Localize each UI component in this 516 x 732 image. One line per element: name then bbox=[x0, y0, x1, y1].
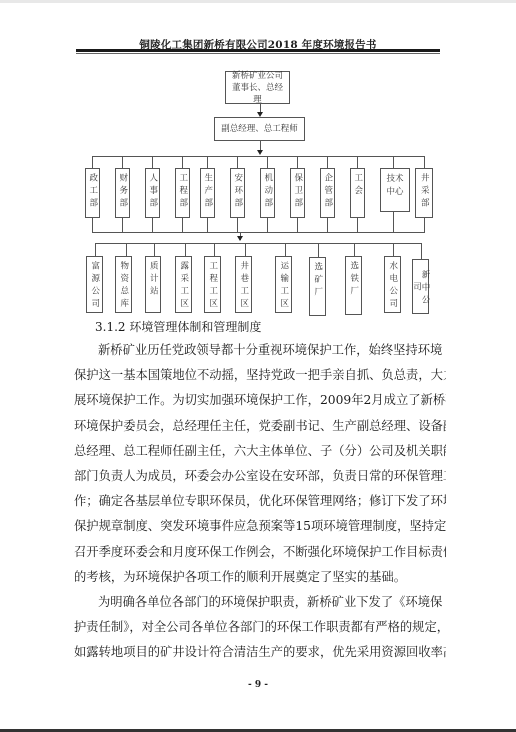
unit-box: 露采工区 bbox=[175, 256, 192, 313]
dept-label: 政工部 bbox=[88, 173, 97, 211]
connector bbox=[207, 156, 208, 168]
page-number: - 9 - bbox=[0, 680, 516, 690]
connector bbox=[237, 218, 238, 232]
text-line: 的考核，为环境保护各项工作的顺利开展奠定了坚实的基础。 bbox=[74, 565, 446, 590]
connector bbox=[245, 243, 246, 256]
unit-top-bus bbox=[95, 243, 421, 244]
dept-box: 工会 bbox=[350, 168, 365, 218]
connector bbox=[152, 218, 153, 232]
connector bbox=[154, 243, 155, 256]
unit-box: 物资总库 bbox=[115, 256, 132, 313]
connector bbox=[421, 243, 422, 259]
dept-label: 企管部 bbox=[323, 173, 332, 211]
unit-label: 富源公司 bbox=[90, 261, 99, 311]
connector bbox=[357, 156, 358, 168]
unit-label: 运输工区 bbox=[279, 261, 288, 311]
org-top-line2: 董事长、总经理 bbox=[228, 82, 287, 106]
unit-box: 水电公司 bbox=[384, 256, 401, 313]
unit-label: 质计站 bbox=[149, 261, 158, 299]
unit-box: 运输工区 bbox=[275, 256, 292, 313]
org-top-line1: 新桥矿业公司 bbox=[232, 70, 283, 82]
dept-bottom-bus bbox=[92, 232, 425, 233]
dept-label: 工程部 bbox=[178, 173, 187, 211]
connector bbox=[393, 243, 394, 256]
connector bbox=[182, 218, 183, 232]
arrow-down-icon bbox=[257, 150, 263, 155]
unit-box: 新中公司 bbox=[412, 259, 429, 314]
unit-label: 水电公司 bbox=[388, 261, 397, 311]
connector bbox=[267, 156, 268, 168]
unit-label: 露采工区 bbox=[179, 261, 188, 311]
unit-label: 井巷工区 bbox=[239, 261, 248, 311]
text-line: 部门负责人为成员，环委会办公室设在安环部，负责日常的环保管理工 bbox=[74, 464, 446, 489]
unit-box: 井巷工区 bbox=[235, 256, 252, 313]
text-line: 保护这一基本国策地位不动摇，坚持党政一把手亲自抓、负总责，大力开 bbox=[74, 363, 446, 388]
text-line: 为明确各单位各部门的环境保护职责，新桥矿业下发了《环境保 bbox=[74, 590, 446, 615]
connector bbox=[357, 218, 358, 232]
connector bbox=[318, 243, 319, 257]
paragraph-2: 为明确各单位各部门的环境保护职责，新桥矿业下发了《环境保 护责任制》，对全公司各… bbox=[74, 590, 446, 666]
connector bbox=[327, 218, 328, 232]
dept-label-line1: 技术 bbox=[386, 173, 403, 186]
dept-label: 人事部 bbox=[148, 173, 157, 211]
text-line: 护责任制》，对全公司各单位各部门的环保工作职责都有严格的规定， bbox=[74, 615, 446, 640]
text-line: 召开季度环委会和月度环保工作例会，不断强化环境保护工作目标责任 bbox=[74, 540, 446, 565]
paragraph-1: 新桥矿业历任党政领导都十分重视环境保护工作，始终坚持环境 保护这一基本国策地位不… bbox=[74, 338, 446, 590]
unit-box: 富源公司 bbox=[86, 256, 103, 313]
connector bbox=[424, 218, 425, 232]
dept-box: 财务部 bbox=[115, 168, 130, 218]
connector bbox=[185, 243, 186, 256]
dept-box: 生产部 bbox=[200, 168, 215, 218]
dept-label: 财务部 bbox=[118, 173, 127, 211]
connector bbox=[285, 243, 286, 256]
dept-box: 保卫部 bbox=[290, 168, 305, 218]
arrow-down-icon bbox=[237, 236, 243, 241]
dept-label: 生产部 bbox=[203, 173, 212, 211]
unit-label: 新中公司 bbox=[412, 264, 429, 313]
unit-box: 质计站 bbox=[145, 256, 161, 313]
connector bbox=[207, 218, 208, 232]
dept-box: 工程部 bbox=[175, 168, 190, 218]
connector bbox=[122, 156, 123, 168]
unit-label: 选铁厂 bbox=[349, 261, 358, 299]
connector bbox=[327, 156, 328, 168]
dept-box: 人事部 bbox=[145, 168, 160, 218]
connector bbox=[393, 156, 394, 168]
dept-top-bus bbox=[92, 156, 425, 157]
connector bbox=[92, 218, 93, 232]
org-box-deputy: 副总经理、总工程师 bbox=[214, 117, 305, 141]
dept-label: 安环部 bbox=[233, 173, 242, 211]
text-line: 总经理、总工程师任副主任，六大主体单位、子（分）公司及机关职能 bbox=[74, 439, 446, 464]
text-line: 环境保护委员会，总经理任主任，党委副书记、生产副总经理、设备副 bbox=[74, 414, 446, 439]
connector bbox=[92, 156, 93, 168]
org-deputy-label: 副总经理、总工程师 bbox=[221, 123, 298, 136]
unit-label: 选矿厂 bbox=[313, 262, 322, 300]
connector bbox=[214, 243, 215, 256]
dept-label-line2: 中心 bbox=[386, 186, 403, 199]
section-heading: 3.1.2 环境管理体制和管理制度 bbox=[95, 318, 261, 335]
connector bbox=[122, 218, 123, 232]
dept-box: 政工部 bbox=[85, 168, 100, 218]
text-line: 作；确定各基层单位专职环保员，优化环保管理网络；修订下发了环境 bbox=[74, 489, 446, 514]
unit-box: 选矿厂 bbox=[309, 257, 326, 316]
unit-label: 物资总库 bbox=[119, 261, 128, 311]
connector bbox=[95, 243, 96, 256]
org-box-top: 新桥矿业公司 董事长、总经理 bbox=[225, 71, 290, 104]
connector bbox=[393, 212, 394, 232]
connector bbox=[424, 156, 425, 168]
connector bbox=[267, 218, 268, 232]
connector bbox=[297, 218, 298, 232]
dept-box: 企管部 bbox=[320, 168, 335, 218]
text-line: 保护规章制度、突发环境事件应急预案等15项环境管理制度，坚持定期 bbox=[74, 514, 446, 539]
dept-box: 安环部 bbox=[230, 168, 245, 218]
connector bbox=[297, 156, 298, 168]
org-chart: 新桥矿业公司 董事长、总经理 副总经理、总工程师 政工部 财务部 人事部 工程部… bbox=[0, 0, 516, 330]
connector bbox=[182, 156, 183, 168]
unit-label: 工程工区 bbox=[208, 261, 217, 311]
connector bbox=[152, 156, 153, 168]
dept-label: 机动部 bbox=[263, 173, 272, 211]
dept-label: 保卫部 bbox=[293, 173, 302, 211]
text-line: 展环境保护工作。为切实加强环境保护工作，2009年2月成立了新桥矿业 bbox=[74, 388, 446, 413]
text-line: 如露转地项目的矿井设计符合清洁生产的要求，优先采用资源回收率高、 bbox=[74, 640, 446, 665]
dept-box-tech-center: 技术 中心 bbox=[380, 168, 410, 212]
dept-label: 工会 bbox=[353, 173, 362, 198]
dept-box: 井采部 bbox=[415, 168, 433, 218]
connector bbox=[126, 243, 127, 256]
dept-label: 井采部 bbox=[420, 173, 429, 211]
unit-box: 选铁厂 bbox=[345, 256, 362, 315]
dept-box: 机动部 bbox=[260, 168, 275, 218]
connector bbox=[354, 243, 355, 256]
unit-box: 工程工区 bbox=[204, 256, 221, 313]
connector bbox=[237, 156, 238, 168]
text-line: 新桥矿业历任党政领导都十分重视环境保护工作，始终坚持环境 bbox=[74, 338, 446, 363]
